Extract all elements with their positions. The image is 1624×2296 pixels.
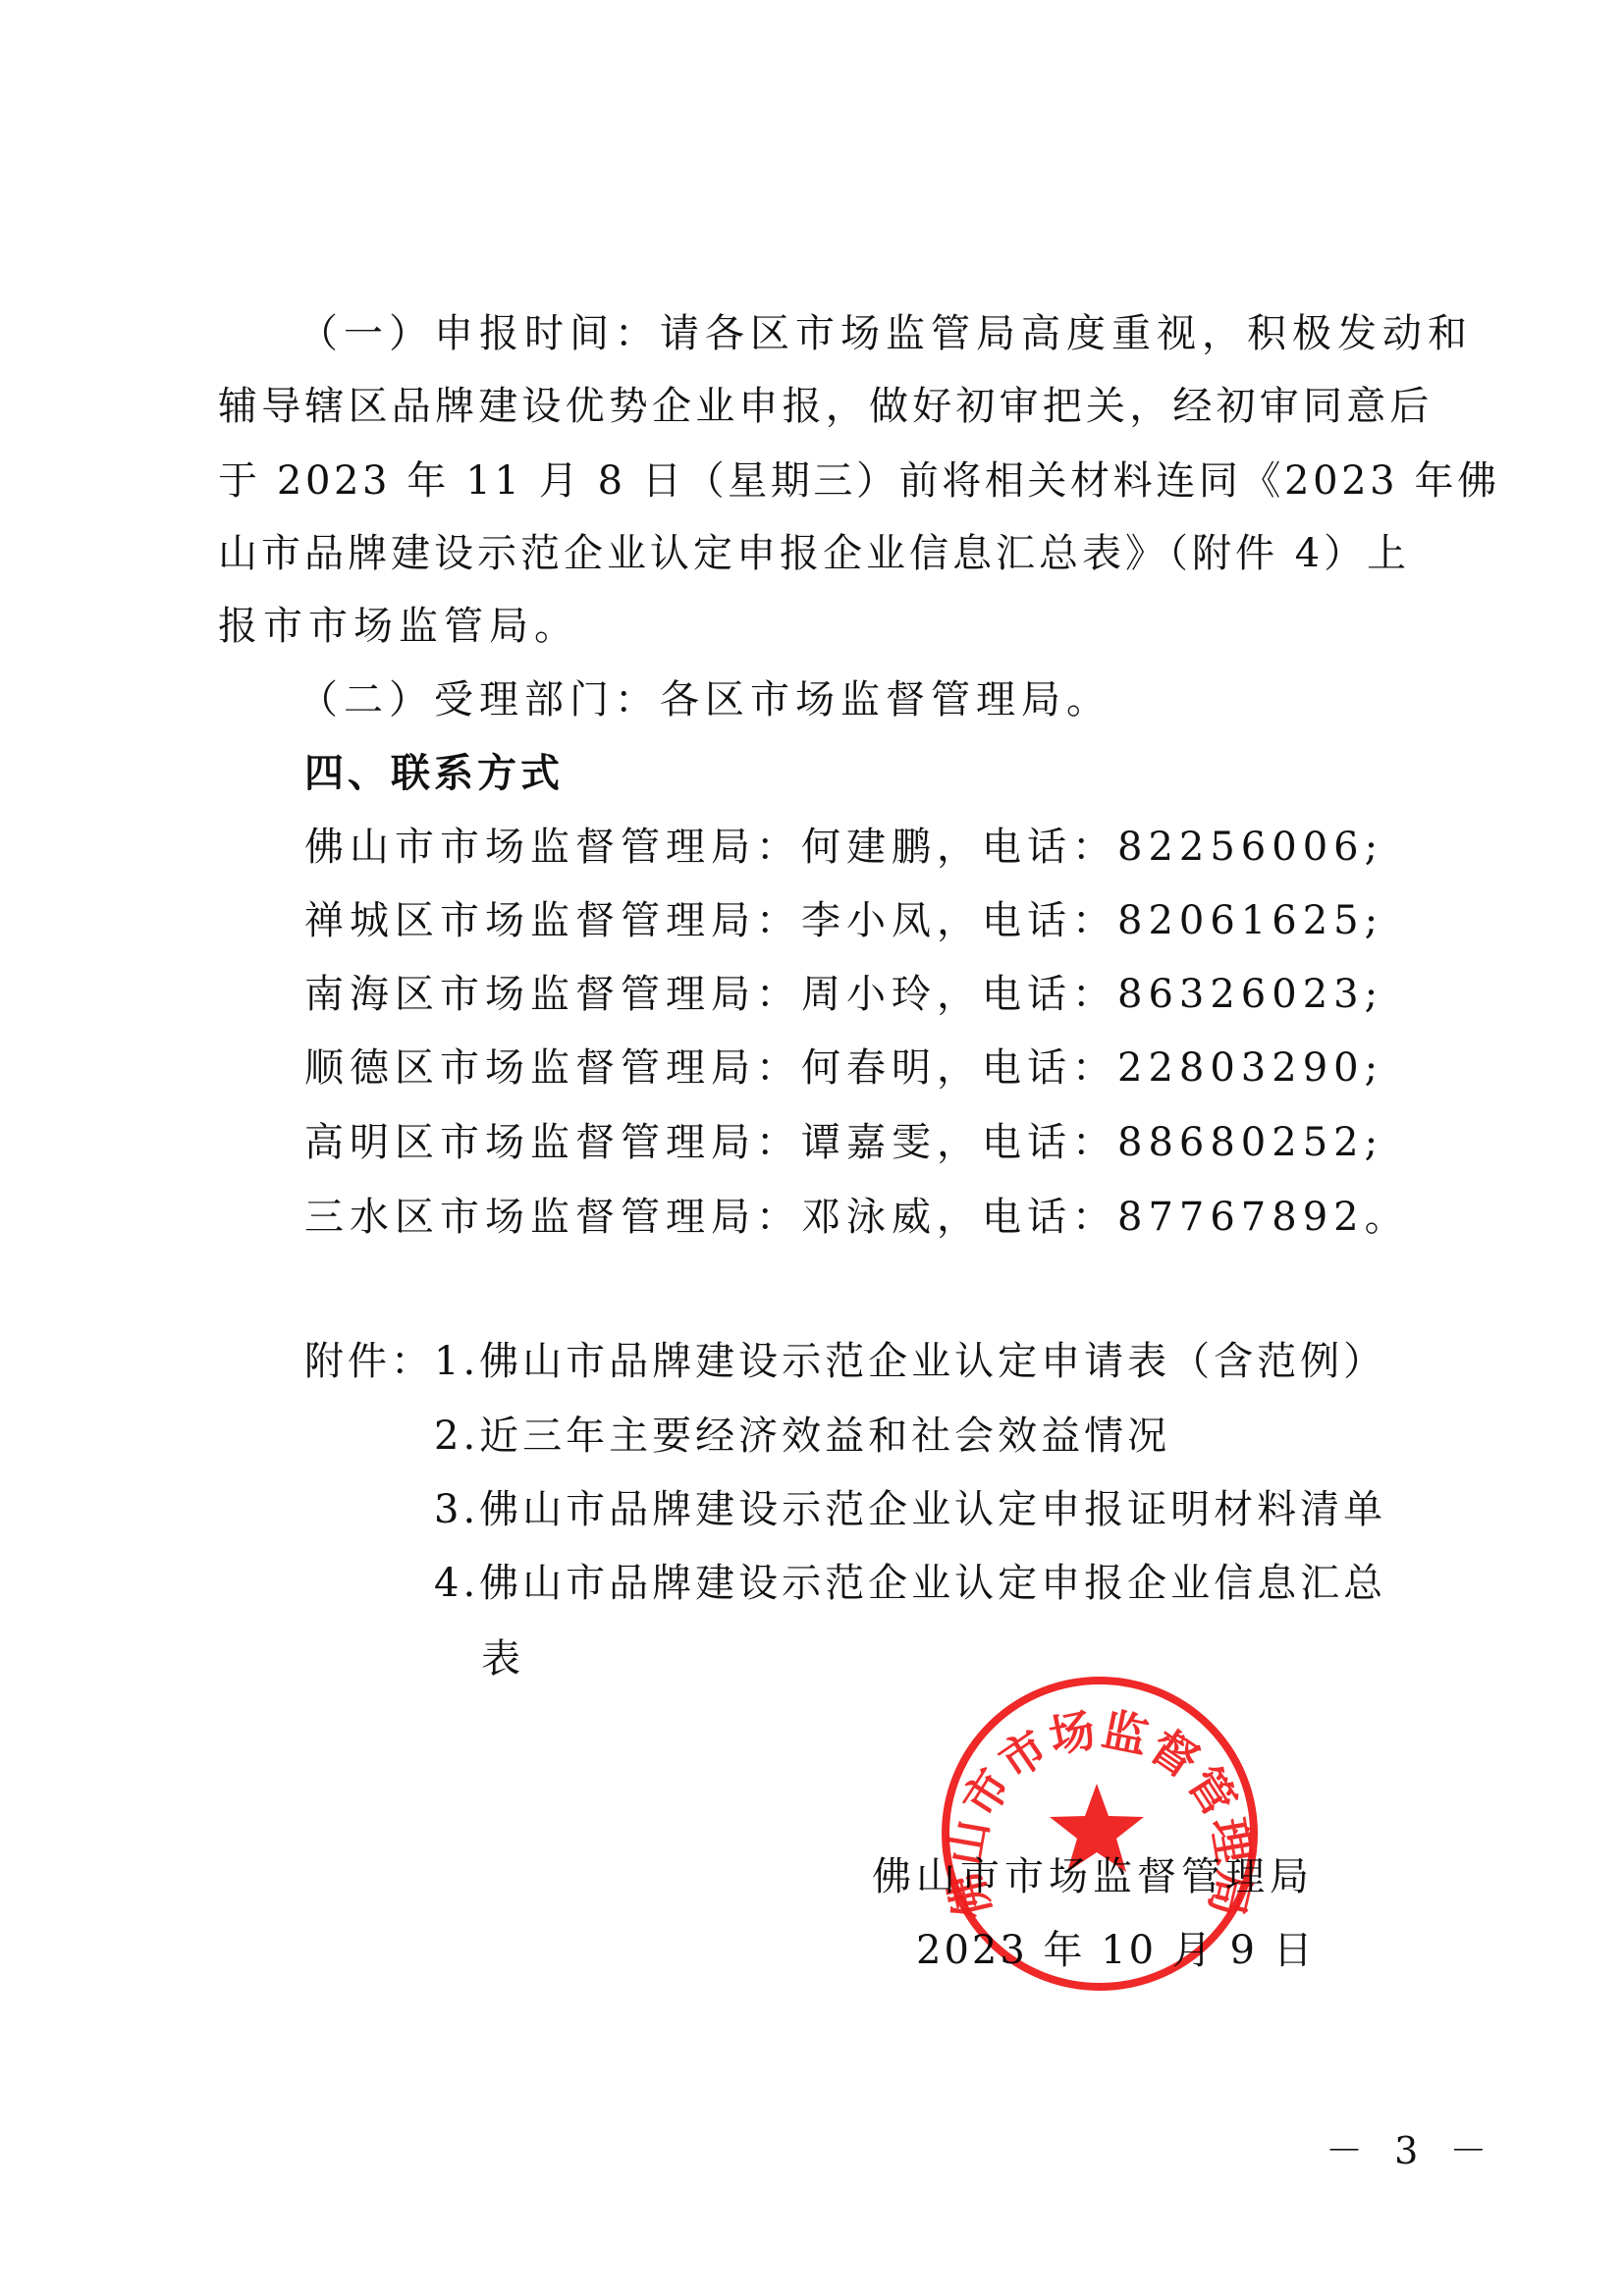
- contact-phone-label: 电话: [982, 898, 1072, 943]
- contact-office: 佛山市市场监督管理局: [304, 825, 756, 870]
- contact-row: 三水区市场监督管理局：邓泳威，电话：87767892。: [304, 1194, 1410, 1241]
- contact-row: 禅城区市场监督管理局：李小凤，电话：82061625;: [304, 897, 1383, 944]
- contact-end: ;: [1365, 825, 1383, 870]
- attachment-number: 4.: [434, 1561, 479, 1606]
- submission-line-2: 辅导辖区品牌建设优势企业申报，做好初审把关，经初审同意后: [218, 383, 1434, 430]
- attachment-number: 2.: [434, 1414, 479, 1459]
- attachment-item: 4.佛山市品牌建设示范企业认定申报企业信息汇总: [434, 1560, 1386, 1607]
- attachment-item: 1.佛山市品牌建设示范企业认定申请表（含范例）: [434, 1338, 1386, 1385]
- attachment-item-continued: 表: [481, 1635, 526, 1682]
- contact-row: 高明区市场监督管理局：谭嘉雯，电话：88680252;: [304, 1119, 1383, 1166]
- submission-line-3: 于 2023 年 11 月 8 日（星期三）前将相关材料连同《2023 年佛: [218, 457, 1500, 505]
- contact-name: 谭嘉雯: [801, 1120, 937, 1165]
- attachment-text: 佛山市品牌建设示范企业认定申报证明材料清单: [479, 1487, 1386, 1532]
- contact-end: ;: [1365, 898, 1383, 943]
- contact-end: ;: [1365, 1120, 1383, 1165]
- contact-phone-label: 电话: [982, 1045, 1072, 1091]
- contact-office: 禅城区市场监督管理局: [304, 898, 756, 943]
- contact-row: 顺德区市场监督管理局：何春明，电话：22803290;: [304, 1044, 1383, 1092]
- contact-office: 高明区市场监督管理局: [304, 1120, 756, 1165]
- contact-phone-label: 电话: [982, 1120, 1072, 1165]
- contact-row: 南海区市场监督管理局：周小玲，电话：86326023;: [304, 971, 1383, 1018]
- contact-name: 周小玲: [801, 972, 937, 1017]
- attachment-number: 3.: [434, 1487, 479, 1532]
- contact-phone: 87767892: [1117, 1195, 1365, 1240]
- attachment-item: 2.近三年主要经济效益和社会效益情况: [434, 1413, 1170, 1460]
- contact-name: 邓泳威: [801, 1195, 937, 1240]
- contact-phone: 22803290: [1117, 1045, 1365, 1091]
- star-icon: [1050, 1784, 1144, 1872]
- submission-line-5: 报市市场监管局。: [218, 603, 579, 650]
- contact-phone-label: 电话: [982, 1195, 1072, 1240]
- department-line: （二）受理部门：各区市场监督管理局。: [298, 676, 1111, 723]
- contact-office: 南海区市场监督管理局: [304, 972, 756, 1017]
- attachments-label: 附件：: [304, 1338, 434, 1385]
- submission-line-1: （一）申报时间：请各区市场监管局高度重视，积极发动和: [298, 310, 1473, 357]
- contact-phone: 82061625: [1117, 898, 1365, 943]
- attachment-text: 近三年主要经济效益和社会效益情况: [479, 1414, 1170, 1459]
- contact-end: 。: [1365, 1195, 1410, 1240]
- contact-phone-label: 电话: [982, 972, 1072, 1017]
- contact-phone: 86326023: [1117, 972, 1365, 1017]
- page-number: － 3 －: [1326, 2120, 1496, 2174]
- contact-end: ;: [1365, 1045, 1383, 1091]
- submission-line-4: 山市品牌建设示范企业认定申报企业信息汇总表》（附件 4）上: [218, 530, 1410, 577]
- attachment-text: 佛山市品牌建设示范企业认定申请表（含范例）: [479, 1339, 1386, 1384]
- contact-row: 佛山市市场监督管理局：何建鹏，电话：82256006;: [304, 824, 1383, 871]
- attachment-item: 3.佛山市品牌建设示范企业认定申报证明材料清单: [434, 1486, 1386, 1533]
- contact-name: 李小凤: [801, 898, 937, 943]
- official-seal: 佛山市市场监督管理局: [941, 1676, 1259, 1992]
- contact-phone: 88680252: [1117, 1120, 1365, 1165]
- contact-name: 何建鹏: [801, 825, 937, 870]
- contact-name: 何春明: [801, 1045, 937, 1091]
- contact-office: 三水区市场监督管理局: [304, 1195, 756, 1240]
- contact-end: ;: [1365, 972, 1383, 1017]
- contact-phone-label: 电话: [982, 825, 1072, 870]
- contact-heading: 四、联系方式: [304, 750, 564, 797]
- attachment-number: 1.: [434, 1339, 479, 1384]
- seal-icon: 佛山市市场监督管理局: [941, 1676, 1259, 1992]
- contact-office: 顺德区市场监督管理局: [304, 1045, 756, 1091]
- contact-phone: 82256006: [1117, 825, 1365, 870]
- attachment-text: 佛山市品牌建设示范企业认定申报企业信息汇总: [479, 1561, 1386, 1606]
